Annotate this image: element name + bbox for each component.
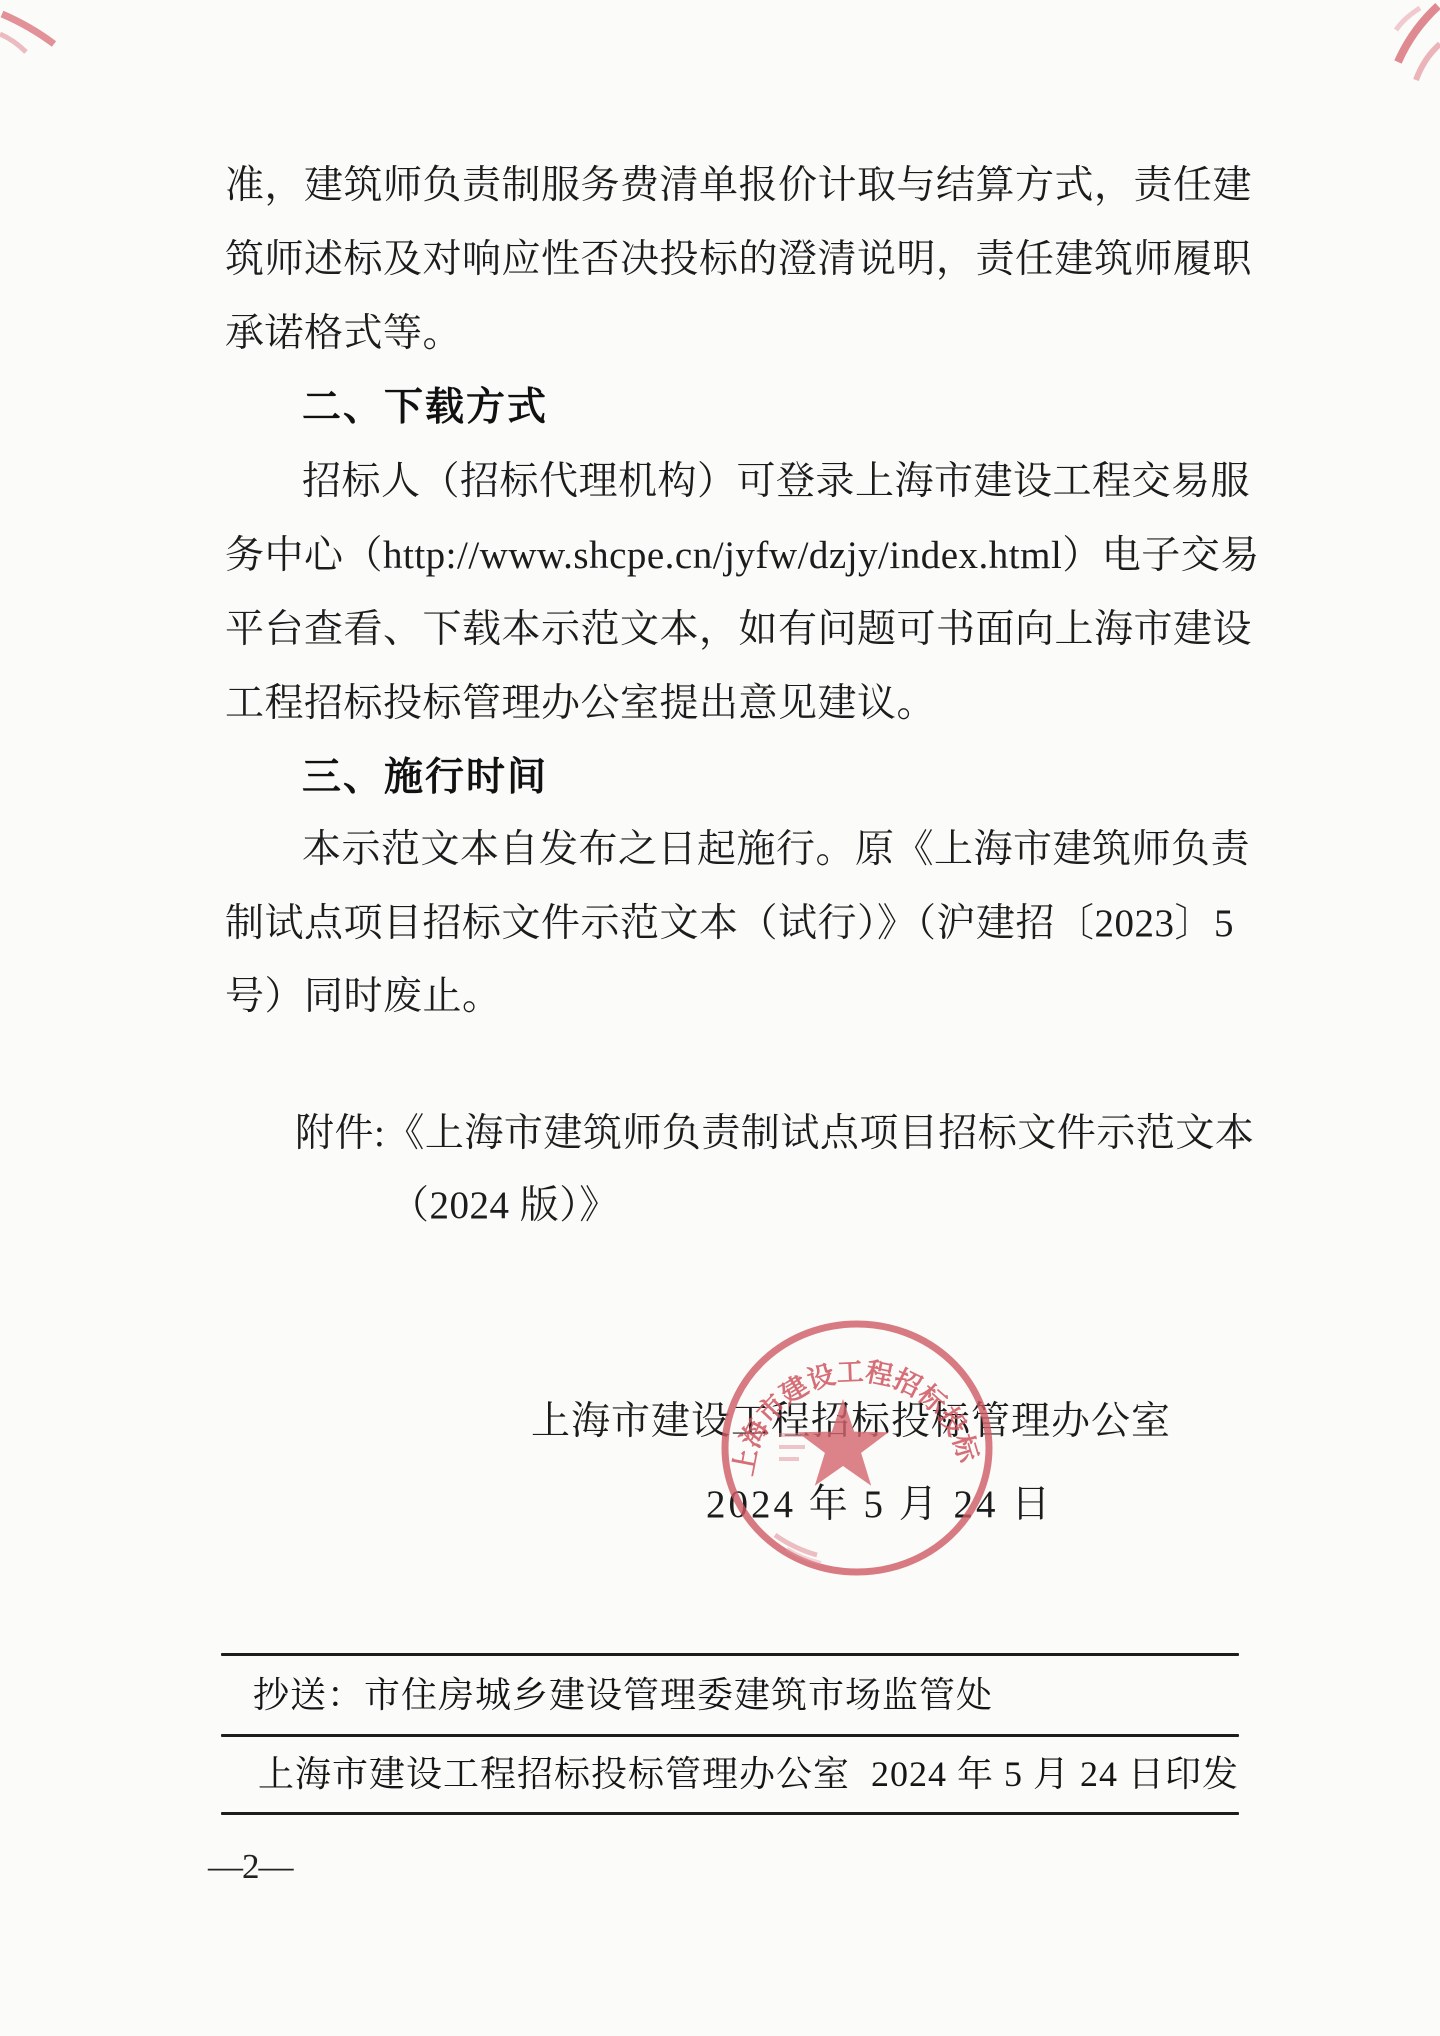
body-line: 本示范文本自发布之日起施行。原《上海市建筑师负责 <box>302 822 1402 878</box>
cc-line: 抄送：市住房城乡建设管理委建筑市场监管处 <box>253 1670 993 1720</box>
footer-rule-middle <box>221 1734 1239 1737</box>
issue-date: 2024 年 5 月 24 日印发 <box>871 1749 1239 1799</box>
attachment-line: 附件:《上海市建筑师负责制试点项目招标文件示范文本 <box>295 1106 1395 1162</box>
body-line: 平台查看、下载本示范文本，如有问题可书面向上海市建设 <box>225 602 1325 658</box>
page-number: —2— <box>208 1842 293 1892</box>
seal-smudge <box>779 1435 805 1459</box>
body-line: 承诺格式等。 <box>225 306 1325 362</box>
seal-star-icon <box>797 1399 888 1486</box>
document-page: 准，建筑师负责制服务费清单报价计取与结算方式，责任建 筑师述标及对响应性否决投标… <box>0 0 1440 2036</box>
section-heading-download: 二、下载方式 <box>302 380 1402 436</box>
footer-rule-top <box>221 1653 1239 1656</box>
body-line: 筑师述标及对响应性否决投标的澄清说明，责任建筑师履职 <box>225 232 1325 288</box>
body-line: 号）同时废止。 <box>225 969 1325 1025</box>
attachment-line: （2024 版）》 <box>390 1178 1440 1234</box>
body-line: 务中心（http://www.shcpe.cn/jyfw/dzjy/index.… <box>225 528 1325 584</box>
body-line: 工程招标投标管理办公室提出意见建议。 <box>225 676 1325 732</box>
body-line: 制试点项目招标文件示范文本（试行）》（沪建招〔2023〕5 <box>225 896 1325 952</box>
body-line: 准，建筑师负责制服务费清单报价计取与结算方式，责任建 <box>225 158 1325 214</box>
section-heading-effective-date: 三、施行时间 <box>302 750 1402 806</box>
body-line: 招标人（招标代理机构）可登录上海市建设工程交易服 <box>302 454 1402 510</box>
official-seal: 上海市建设工程招标投标管理办公室 <box>717 1317 997 1579</box>
issuer-line: 上海市建设工程招标投标管理办公室 <box>258 1749 850 1799</box>
corner-scan-mark-left <box>0 0 90 70</box>
corner-scan-mark-right <box>1354 0 1440 110</box>
footer-rule-bottom <box>221 1812 1239 1815</box>
